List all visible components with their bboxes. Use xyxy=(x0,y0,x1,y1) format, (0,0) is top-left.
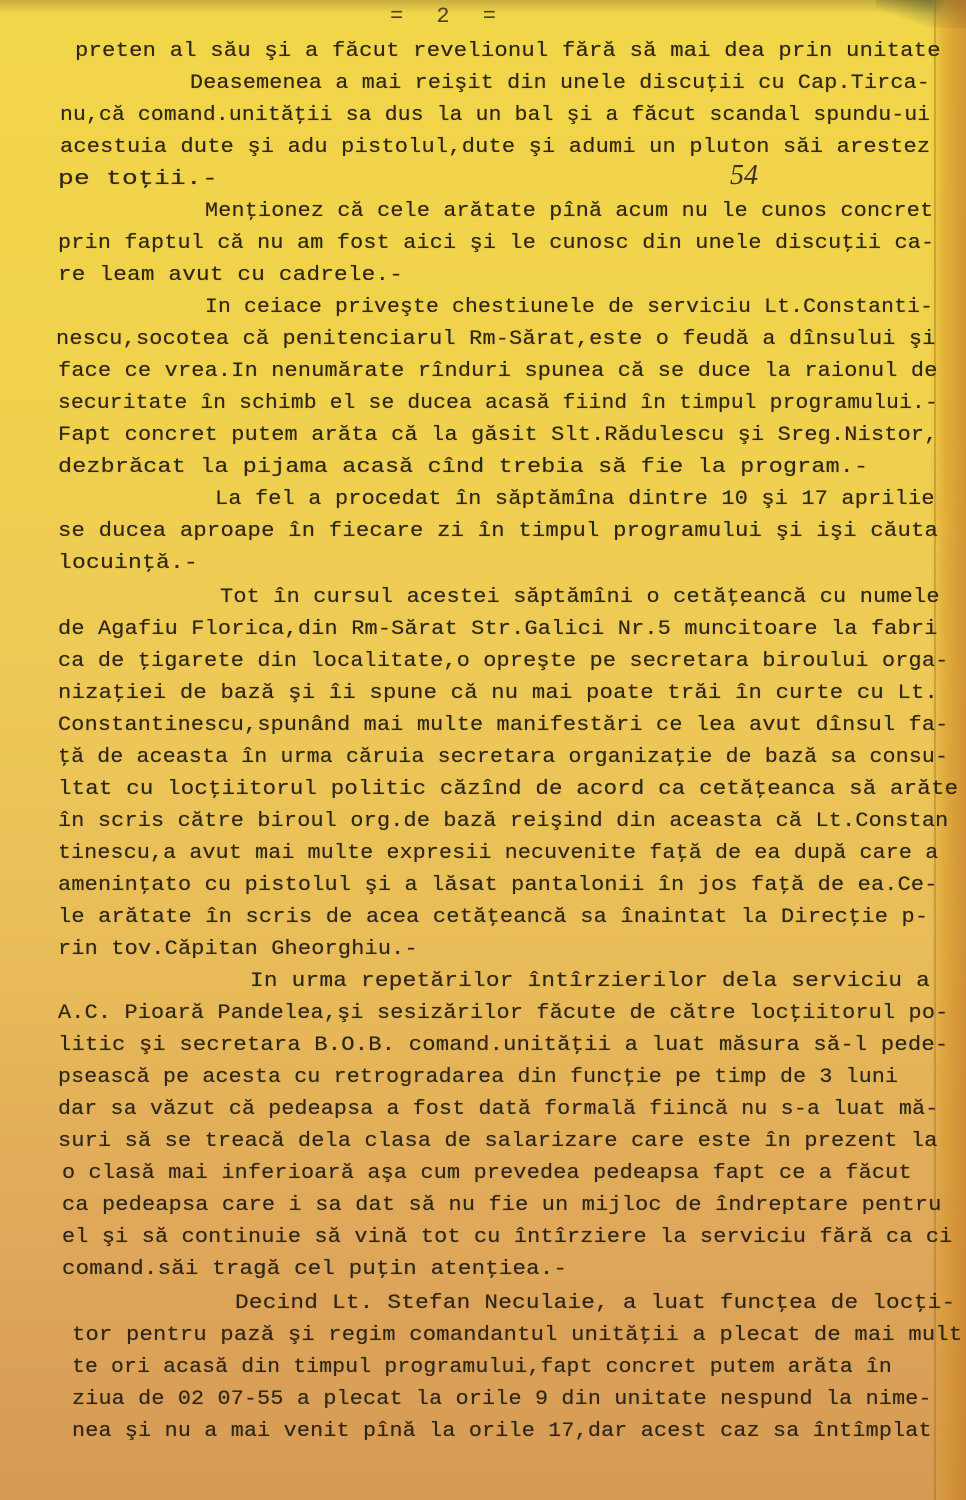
text-line: nu,că comand.unităţii sa dus la un bal ş… xyxy=(60,104,930,127)
text-line: ca pedeapsa care i sa dat să nu fie un m… xyxy=(62,1194,942,1217)
text-line: Deasemenea a mai reişit din unele discuţ… xyxy=(190,72,930,95)
typewritten-page: = 2 = 54 preten al său şi a făcut reveli… xyxy=(0,0,966,1500)
text-line: nea şi nu a mai venit pînă la orile 17,d… xyxy=(72,1420,932,1443)
text-line: acestuia dute şi adu pistolul,dute şi ad… xyxy=(60,136,930,159)
text-line: Menţionez că cele arătate pînă acum nu l… xyxy=(205,200,933,223)
page-number: = 2 = xyxy=(390,4,506,29)
text-line: nizaţiei de bază şi îi spune că nu mai p… xyxy=(58,682,938,705)
text-line: se ducea aproape în fiecare zi în timpul… xyxy=(58,520,938,543)
text-line: ameninţato cu pistolul şi a lăsat pantal… xyxy=(58,874,938,897)
text-line: Decind Lt. Stefan Neculaie, a luat funcţ… xyxy=(235,1292,955,1315)
text-line: ca de ţigarete din localitate,o opreşte … xyxy=(58,650,948,673)
text-line: locuinţă.- xyxy=(58,552,198,575)
text-line: nescu,socotea că penitenciarul Rm-Sărat,… xyxy=(56,328,936,351)
text-line: rin tov.Căpitan Gheorghiu.- xyxy=(58,938,418,961)
text-line: în scris către biroul org.de bază reişin… xyxy=(58,810,948,833)
text-line: litic şi secretara B.O.B. comand.unităţi… xyxy=(58,1034,948,1057)
text-line: Tot în cursul acestei săptămîni o cetăţe… xyxy=(220,586,940,609)
text-line: comand.săi tragă cel puţin atenţiea.- xyxy=(62,1258,567,1281)
text-line: re leam avut cu cadrele.- xyxy=(58,264,403,287)
text-line: el şi să continuie să vină tot cu întîrz… xyxy=(62,1226,952,1249)
text-line: tor pentru pază şi regim comandantul uni… xyxy=(72,1324,962,1347)
text-line: ţă de aceasta în urma căruia secretara o… xyxy=(58,746,948,769)
text-line: le arătate în scris de acea cetăţeancă s… xyxy=(58,906,928,929)
text-line: Constantinescu,spunând mai multe manifes… xyxy=(58,714,948,737)
text-line: A.C. Pioară Pandelea,şi sesizărilor făcu… xyxy=(58,1002,948,1025)
text-line: suri să se treacă dela clasa de salariza… xyxy=(58,1130,938,1153)
text-line: In ceiace priveşte chestiunele de servic… xyxy=(205,296,933,319)
text-line: dar sa văzut că pedeapsa a fost dată for… xyxy=(58,1098,938,1121)
text-line: de Agafiu Florica,din Rm-Sărat Str.Galic… xyxy=(58,618,938,641)
text-line: te ori acasă din timpul programului,fapt… xyxy=(72,1356,892,1379)
text-line: securitate în schimb el se ducea acasă f… xyxy=(58,392,938,415)
text-line: psească pe acesta cu retrogradarea din f… xyxy=(58,1066,898,1089)
folio-number: 54 xyxy=(730,160,758,192)
text-line: La fel a procedat în săptămîna dintre 10… xyxy=(215,488,935,511)
text-line: tinescu,a avut mai multe expresii necuve… xyxy=(58,842,938,865)
text-line: face ce vrea.In nenumărate rînduri spune… xyxy=(58,360,938,383)
text-line: Fapt concret putem arăta că la găsit Slt… xyxy=(58,424,938,447)
text-line: dezbrăcat la pijama acasă cînd trebia să… xyxy=(58,456,868,479)
text-line: ltat cu locţiitorul politic căzînd de ac… xyxy=(58,778,958,801)
text-line: pe toţii.- xyxy=(58,168,218,191)
text-line: o clasă mai inferioară aşa cum prevedea … xyxy=(62,1162,912,1185)
text-line: prin faptul că nu am fost aici şi le cun… xyxy=(58,232,934,255)
text-line: ziua de 02 07-55 a plecat la orile 9 din… xyxy=(72,1388,932,1411)
text-line: In urma repetărilor întîrzierilor dela s… xyxy=(250,970,930,993)
text-line: preten al său şi a făcut revelionul fără… xyxy=(75,40,941,63)
